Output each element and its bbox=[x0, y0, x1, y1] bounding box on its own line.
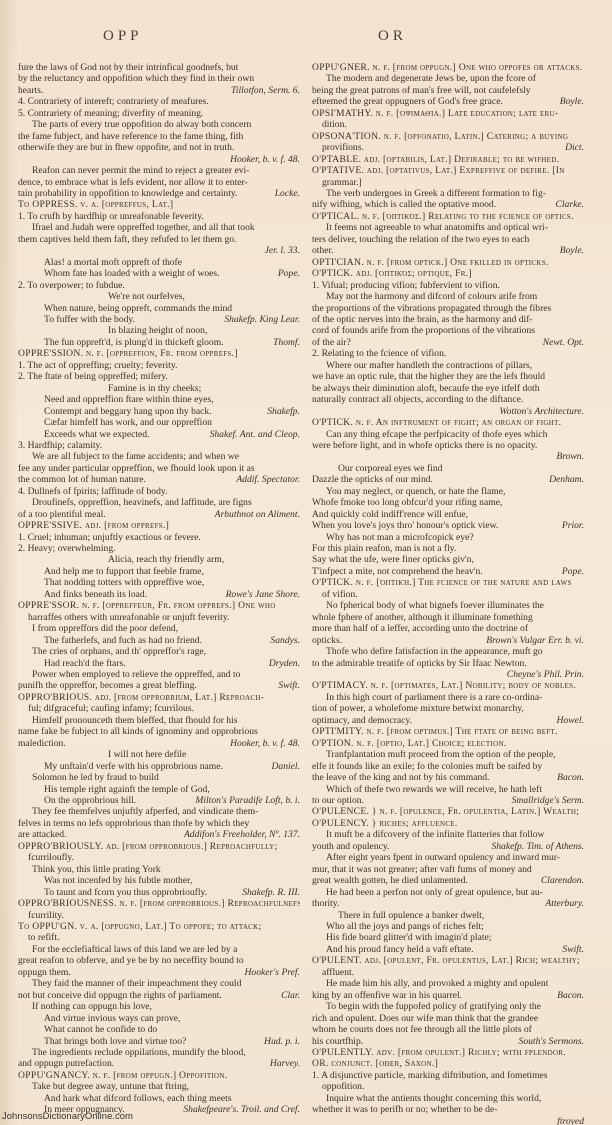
text-line: oppofition. bbox=[312, 1081, 584, 1092]
text-line: the leave of the king and not by his com… bbox=[312, 772, 584, 783]
text-line: 1. A disjunctive particle, marking diftr… bbox=[312, 1070, 584, 1081]
headword-line: OPPRO'BRIOUSNESS. n. f. [from opprobriou… bbox=[18, 898, 300, 909]
line-text: He made him his ally, and provoked a mig… bbox=[326, 978, 548, 989]
headword-line: O'PULENCY. } riches; affluence. bbox=[312, 818, 584, 829]
line-text: the proportions of the vibrations propag… bbox=[312, 303, 551, 314]
text-line: You may neglect, or quench, or hate the … bbox=[312, 486, 584, 497]
citation: Shakefpeare's. Troil. and Cref. bbox=[183, 1104, 300, 1115]
citation: Pope. bbox=[278, 268, 300, 279]
line-text: of the air? bbox=[312, 337, 351, 348]
headword-line: O'PULENCE. } n. f. [opulence, Fr. opulen… bbox=[312, 806, 584, 817]
line-text: OPPRO'BRIOUSNESS. n. f. [from opprobriou… bbox=[18, 898, 300, 909]
text-line: Cæfar himfelf has work, and our oppreffi… bbox=[18, 417, 300, 428]
line-text: whom he courts does not fee through all … bbox=[312, 1024, 532, 1035]
line-text: Say what the ufe, were finer opticks giv… bbox=[312, 554, 474, 565]
text-line: punifh the oppreffor, becomes a great bl… bbox=[18, 680, 300, 691]
line-text: being the great patrons of man's free wi… bbox=[312, 85, 531, 96]
text-line: 1. Cruel; inhuman; unjuftly exactious or… bbox=[18, 532, 300, 543]
line-text: whether it was to perifh or no; whether … bbox=[312, 1104, 497, 1115]
text-line: hearts.Tillotfon, Serm. 6. bbox=[18, 85, 300, 96]
line-text: of vifion. bbox=[322, 589, 358, 600]
text-line: He made him his ally, and provoked a mig… bbox=[312, 978, 584, 989]
text-line: king by an offenfive war in his quarrel.… bbox=[312, 990, 584, 1001]
text-line: 1. Vifual; producing vifion; fubfervient… bbox=[312, 280, 584, 291]
line-text: provifions. bbox=[322, 142, 364, 153]
citation: Addifon's Freeholder, Nº. 137. bbox=[184, 829, 300, 840]
text-line: Contempt and beggary hang upon thy back.… bbox=[18, 406, 300, 417]
line-text: 2. Relating to the fcience of vifion. bbox=[312, 348, 446, 359]
headword-line: OR. conjunct. [oðer, Saxon.] bbox=[312, 1058, 584, 1069]
line-text: ful; difgraceful; caufing infamy; fcurri… bbox=[28, 703, 194, 714]
line-text: Inquire what the antients thought concer… bbox=[326, 1093, 541, 1104]
headword-line: OPPU'GNANCY. n. f. [from oppugn.] Oppofi… bbox=[18, 1070, 300, 1081]
text-line: the fame fubject, and have reference to … bbox=[18, 131, 300, 142]
text-line: to our option.Smallridge's Serm. bbox=[312, 795, 584, 806]
line-text: In this high court of parliament there i… bbox=[326, 692, 542, 703]
text-line: Himfelf pronounceth them bleffed, that f… bbox=[18, 715, 300, 726]
line-text: tion of power, a wholefome mixture betwi… bbox=[312, 703, 524, 714]
line-text: OPPRO'BRIOUSLY. ad. [from opprobrious.] … bbox=[18, 841, 278, 852]
line-text: To fuffer with the body. bbox=[44, 314, 135, 325]
headword-line: OPTI'MITY. n. f. [from optimus.] The fta… bbox=[312, 726, 584, 737]
line-text: My unftain'd verfe with his opprobrious … bbox=[44, 761, 223, 772]
text-line: nify wifhing, which is called the optati… bbox=[312, 199, 584, 210]
citation: Clarke. bbox=[555, 199, 584, 210]
text-line: of the optic nerves into the brain, as t… bbox=[312, 314, 584, 325]
text-line: The verb undergoes in Greek a different … bbox=[312, 188, 584, 199]
citation: Locke. bbox=[275, 188, 300, 199]
headword-line: O'PTICK. adj. [ὀπτικός; optique, Fr.] bbox=[312, 268, 584, 279]
text-line: Solomon he led by fraud to build bbox=[18, 772, 300, 783]
text-line: fure the laws of God not by their intrin… bbox=[18, 62, 300, 73]
line-text: oppofition. bbox=[322, 1081, 364, 1092]
line-text: of the optic nerves into the brain, as t… bbox=[312, 314, 533, 325]
line-text: fure the laws of God not by their intrin… bbox=[18, 62, 238, 73]
text-line: fcurriloufly. bbox=[18, 852, 300, 863]
line-text: And help me to fupport that feeble frame… bbox=[44, 566, 204, 577]
running-head-left: OPP bbox=[103, 28, 143, 45]
line-text: And finks beneath its load. bbox=[44, 589, 147, 600]
text-line: When you love's joys thro' honour's opti… bbox=[312, 520, 584, 531]
line-text: 2. Heavy; overwhelming. bbox=[18, 543, 116, 554]
line-text: Which of thefe two rewards we will recei… bbox=[326, 784, 542, 795]
text-line: 2. To overpower; to fubdue. bbox=[18, 280, 300, 291]
text-line: Alas! a mortal moft oppreft of thofe bbox=[18, 257, 300, 268]
text-line: Famine is in thy cheeks; bbox=[18, 383, 300, 394]
line-text: thority. bbox=[312, 898, 339, 909]
line-text: 1. To crufh by hardfhip or unreafonable … bbox=[18, 211, 204, 222]
text-line: Which of thefe two rewards we will recei… bbox=[312, 784, 584, 795]
line-text: O'PTICK. n. f. [ὀπτική.] The fcience of … bbox=[312, 577, 572, 588]
text-line: And quickly cold indiff'rence will enfue… bbox=[312, 509, 584, 520]
citation: Bacon. bbox=[557, 990, 584, 1001]
line-text: OR. conjunct. [oðer, Saxon.] bbox=[312, 1058, 438, 1069]
line-text: to the admirable treatife of opticks by … bbox=[312, 658, 527, 669]
line-text: In blazing height of noon, bbox=[108, 325, 207, 336]
text-line: 3. Hardfhip; calamity. bbox=[18, 440, 300, 451]
headword-line: OPPRO'BRIOUSLY. ad. [from opprobrious.] … bbox=[18, 841, 300, 852]
text-line: the common lot of human nature.Addif. Sp… bbox=[18, 474, 300, 485]
line-text: O'PTICK. n. f. An inftrument of fight; a… bbox=[312, 417, 561, 428]
line-text: mur, that it was not greater; after vaft… bbox=[312, 864, 532, 875]
line-text: the common lot of human nature. bbox=[18, 474, 146, 485]
line-text: not but conceive did oppugn the rights o… bbox=[18, 990, 222, 1001]
line-text: be always their diminution aloft, becauf… bbox=[312, 383, 540, 394]
text-line: being the great patrons of man's free wi… bbox=[312, 85, 584, 96]
text-line: oppugn them.Hooker's Pref. bbox=[18, 967, 300, 978]
line-text: O'PTABLE. adj. [optabilis, Lat.] Defirab… bbox=[312, 154, 559, 165]
line-text: O'PULENTLY. adv. [from opulent.] Richly;… bbox=[312, 1047, 566, 1058]
text-line: 1. To crufh by hardfhip or unreafonable … bbox=[18, 211, 300, 222]
line-text: rich and opulent. Does our wife man thin… bbox=[312, 1013, 538, 1024]
line-text: 3. Hardfhip; calamity. bbox=[18, 440, 102, 451]
running-head: OPP OR bbox=[0, 28, 612, 48]
citation: Daniel. bbox=[271, 761, 300, 772]
text-line: Inquire what the antients thought concer… bbox=[312, 1093, 584, 1104]
text-line: to the admirable treatife of opticks by … bbox=[312, 658, 584, 669]
line-text: Tranfplantation muft proceed from the op… bbox=[326, 749, 556, 760]
line-text: That brings both love and virtue too? bbox=[44, 1036, 186, 1047]
text-line: When nature, being oppreft, commands the… bbox=[18, 303, 300, 314]
citation: Hooker, b. v. f. 48. bbox=[230, 738, 300, 749]
line-text: 1. Cruel; inhuman; unjuftly exactious or… bbox=[18, 532, 201, 543]
text-line: We are all fubject to the fame accidents… bbox=[18, 451, 300, 462]
line-text: Whom fate has loaded with a weight of wo… bbox=[44, 268, 220, 279]
line-text: OPPU'GNER. n. f. [from oppugn.] One who … bbox=[312, 62, 582, 73]
line-text: and oppugn putrefaction. bbox=[18, 1058, 114, 1069]
line-text: elfe it founds like an exile; fo the col… bbox=[312, 761, 542, 772]
line-text: felves in terms no lefs opprobrious than… bbox=[18, 818, 249, 829]
citation: Clarendon. bbox=[541, 875, 584, 886]
text-line: 1. The act of oppreffing; cruelty; fever… bbox=[18, 360, 300, 371]
line-text: Reafon can never permit the mind to reje… bbox=[32, 165, 249, 176]
line-text: OPSI'MATHY. n. f. [ὀψιμαθία.] Late educa… bbox=[312, 108, 558, 119]
line-text: OPPRE'SSION. n. f. [oppreffion, Fr. from… bbox=[18, 348, 238, 359]
text-line: efteemed the great oppugners of God's fr… bbox=[312, 96, 584, 107]
text-line: May not the harmony and difcord of colou… bbox=[312, 291, 584, 302]
text-line: Had reach'd the ftars.Dryden. bbox=[18, 658, 300, 669]
line-text: OPSONA'TION. n. f. [opfonatio, Latin.] C… bbox=[312, 131, 568, 142]
line-text: To OPPRESS. v. a. [oppreffus, Lat.] bbox=[18, 199, 173, 210]
text-line: Alicia, reach thy friendly arm, bbox=[18, 554, 300, 565]
text-line: What cannot he confide to do bbox=[18, 1024, 300, 1035]
line-text: The fun oppreft'd, is plung'd in thickef… bbox=[44, 337, 224, 348]
text-line: to refift. bbox=[18, 932, 300, 943]
text-line: 2. Relating to the fcience of vifion. bbox=[312, 348, 584, 359]
line-text: I from oppreffors did the poor defend, bbox=[32, 623, 178, 634]
citation: Prior. bbox=[562, 520, 584, 531]
citation: Brown's Vulgar Err. b. vi. bbox=[486, 635, 584, 646]
text-line: T'infpect a mite, not comprehend the hea… bbox=[312, 566, 584, 577]
citation: Milton's Paradife Loft, b. i. bbox=[195, 795, 300, 806]
text-line: cord of founds arife from the proportion… bbox=[312, 325, 584, 336]
text-line: The fatherlefs, and fuch as had no frien… bbox=[18, 635, 300, 646]
text-line: The modern and degenerate Jews be, upon … bbox=[312, 73, 584, 84]
line-text: Think you, this little prating York bbox=[32, 864, 161, 875]
text-line: In blazing height of noon, bbox=[18, 325, 300, 336]
text-line: name fake be fubject to all kinds of ign… bbox=[18, 726, 300, 737]
headword-line: O'PTABLE. adj. [optabilis, Lat.] Defirab… bbox=[312, 154, 584, 165]
text-line: whether it was to perifh or no; whether … bbox=[312, 1104, 584, 1115]
text-line: To begin with the fuppofed policy of gra… bbox=[312, 1001, 584, 1012]
text-line: malediction.Hooker, b. v. f. 48. bbox=[18, 738, 300, 749]
text-line: Need and oppreffion ftare within thine e… bbox=[18, 394, 300, 405]
line-text: Who all the joys and pangs of riches fel… bbox=[326, 921, 484, 932]
citation: Shakefp. bbox=[267, 406, 300, 417]
text-line: It muft be a difcovery of the infinite f… bbox=[312, 829, 584, 840]
line-text: OPPRO'BRIOUS. adj. [from opprobrium, Lat… bbox=[18, 692, 264, 703]
line-text: by the reluctancy and oppofition which t… bbox=[18, 73, 254, 84]
line-text: Alicia, reach thy friendly arm, bbox=[108, 554, 224, 565]
line-text: we have an optic rule, that the higher t… bbox=[312, 371, 545, 382]
line-text: Why has not man a microfcopick eye? bbox=[326, 532, 474, 543]
citation: Shakef. Ant. and Cleop. bbox=[210, 429, 300, 440]
text-line: more than half of a leffer, according un… bbox=[312, 623, 584, 634]
line-text: 1. Vifual; producing vifion; fubfervient… bbox=[312, 280, 500, 291]
line-text: Famine is in thy cheeks; bbox=[108, 383, 201, 394]
line-text: To OPPU'GN. v. a. [oppugno, Lat.] To opp… bbox=[18, 921, 261, 932]
text-line: 4. Contrariety of intereft; contrariety … bbox=[18, 96, 300, 107]
line-text: Exceeds what we expected. bbox=[44, 429, 149, 440]
line-text: 2. To overpower; to fubdue. bbox=[18, 280, 125, 291]
line-text: What cannot he confide to do bbox=[44, 1024, 157, 1035]
line-text: OPTI'MITY. n. f. [from optimus.] The fta… bbox=[312, 726, 558, 737]
line-text: fcurrility. bbox=[28, 910, 64, 921]
headword-line: OPPRO'BRIOUS. adj. [from opprobrium, Lat… bbox=[18, 692, 300, 703]
text-line: And finks beneath its load.Rowe's Jane S… bbox=[18, 589, 300, 600]
line-text: efteemed the great oppugners of God's fr… bbox=[312, 96, 503, 107]
line-text: Whofe fmoke too long obfcur'd your rifin… bbox=[312, 497, 502, 508]
line-text: opticks. bbox=[312, 635, 342, 646]
line-text: The cries of orphans, and th' oppreffor'… bbox=[32, 646, 206, 657]
citation: Swift. bbox=[562, 944, 584, 955]
line-text: them captives held them faft, they refuf… bbox=[18, 234, 236, 245]
text-line: of vifion. bbox=[312, 589, 584, 600]
text-line: thority.Atterbury. bbox=[312, 898, 584, 909]
text-line: we have an optic rule, that the higher t… bbox=[312, 371, 584, 382]
text-line: He had been a perfon not only of great o… bbox=[312, 887, 584, 898]
line-text: Take but degree away, untune that ftring… bbox=[32, 1081, 189, 1092]
text-line: For the ecclefiaftical laws of this land… bbox=[18, 944, 300, 955]
line-text: OPPRE'SSIVE. adj. [from opprefs.] bbox=[18, 520, 169, 531]
citation: South's Sermons. bbox=[519, 1036, 584, 1047]
line-text: We're not ourfelves, bbox=[108, 291, 185, 302]
headword-line: O'PULENT. adj. [opulent, Fr. opulentus, … bbox=[312, 955, 584, 966]
text-line: The parts of every true oppofition do al… bbox=[18, 119, 300, 130]
text-line: optimacy, and democracy.Howel. bbox=[312, 715, 584, 726]
text-line: Our corporeal eyes we find bbox=[312, 463, 584, 474]
line-text: I will not here defile bbox=[108, 749, 186, 760]
line-text: great reafon to obferve, and ye be by no… bbox=[18, 955, 244, 966]
text-line: Can any thing efcape the perfpicacity of… bbox=[312, 429, 584, 440]
line-text: Himfelf pronounceth them bleffed, that f… bbox=[32, 715, 238, 726]
text-line: Who all the joys and pangs of riches fel… bbox=[312, 921, 584, 932]
text-line: fcurrility. bbox=[18, 910, 300, 921]
text-line: be always their diminution aloft, becauf… bbox=[312, 383, 584, 394]
text-line: On the opprobrious hill.Milton's Paradif… bbox=[18, 795, 300, 806]
text-line: If nothing can oppugn his love, bbox=[18, 1001, 300, 1012]
line-text: To taunt and fcorn you thus opprobrioufl… bbox=[44, 887, 207, 898]
line-text: harraffes others with unreafonable or un… bbox=[28, 612, 229, 623]
text-line: I will not here defile bbox=[18, 749, 300, 760]
text-line: youth and opulency.Shakefp. Tim. of Athe… bbox=[312, 841, 584, 852]
text-line: To fuffer with the body.Shakefp. King Le… bbox=[18, 314, 300, 325]
text-line: grammar.] bbox=[312, 177, 584, 188]
text-line: otherwife they are but in fhew oppofite,… bbox=[18, 142, 300, 153]
line-text: Ifrael and Judah were oppreffed together… bbox=[32, 222, 255, 233]
text-line: 5. Contrariety of meaning; diverfity of … bbox=[18, 108, 300, 119]
line-text: 4. Contrariety of intereft; contrariety … bbox=[18, 96, 209, 107]
text-line: ters deliver, touching the relation of t… bbox=[312, 234, 584, 245]
headword-line: O'PULENTLY. adv. [from opulent.] Richly;… bbox=[312, 1047, 584, 1058]
citation-line: ftroyed bbox=[312, 1116, 584, 1125]
text-line: other.Boyle. bbox=[312, 245, 584, 256]
line-text: Thofe who defire fatisfaction in the app… bbox=[326, 646, 543, 657]
text-line: 2. Heavy; overwhelming. bbox=[18, 543, 300, 554]
text-line: elfe it founds like an exile; fo the col… bbox=[312, 761, 584, 772]
line-text: dence, to embrace what is lefs evident, … bbox=[18, 177, 248, 188]
headword-line: O'PTICAL. n. f. [ὀπτικός.] Relating to t… bbox=[312, 211, 584, 222]
text-line: great wealth gotten, he died unlamented.… bbox=[312, 875, 584, 886]
citation: Sandys. bbox=[270, 635, 300, 646]
line-text: dition. bbox=[322, 119, 347, 130]
line-text: O'PULENT. adj. [opulent, Fr. opulentus, … bbox=[312, 955, 580, 966]
line-text: 5. Contrariety of meaning; diverfity of … bbox=[18, 108, 203, 119]
citation: Shakefp. R. III. bbox=[242, 887, 300, 898]
line-text: Solomon he led by fraud to build bbox=[32, 772, 159, 783]
text-line: dition. bbox=[312, 119, 584, 130]
text-line: Reafon can never permit the mind to reje… bbox=[18, 165, 300, 176]
line-text: His fide board glitter'd with imagin'd p… bbox=[326, 932, 491, 943]
line-text: And virtue invious ways can prove, bbox=[44, 1013, 180, 1024]
text-line: Ifrael and Judah were oppreffed together… bbox=[18, 222, 300, 233]
line-text: The ingredients reclude oppilations, mun… bbox=[32, 1047, 246, 1058]
line-text: fcurriloufly. bbox=[28, 852, 74, 863]
citation: Addif. Spectator. bbox=[236, 474, 300, 485]
headword-line: OPSI'MATHY. n. f. [ὀψιμαθία.] Late educa… bbox=[312, 108, 584, 119]
text-line: are attacked.Addifon's Freeholder, Nº. 1… bbox=[18, 829, 300, 840]
line-text: grammar.] bbox=[322, 177, 362, 188]
text-line: His temple right againft the temple of G… bbox=[18, 784, 300, 795]
text-line: There in full opulence a banker dwelt, bbox=[312, 910, 584, 921]
headword-line: O'PTIMACY. n. f. [optimates, Lat.] Nobil… bbox=[312, 680, 584, 691]
line-text: That nodding totters with oppreffive woe… bbox=[44, 577, 204, 588]
text-line: No fpherical body of what bignefs foever… bbox=[312, 600, 584, 611]
line-text: Where our mafter handleth the contractio… bbox=[326, 360, 532, 371]
citation-line: Brown. bbox=[312, 451, 584, 462]
headword-line: OPPRE'SSIVE. adj. [from opprefs.] bbox=[18, 520, 300, 531]
line-text: It feems not agreeable to what anatomift… bbox=[326, 222, 548, 233]
text-line: the proportions of the vibrations propag… bbox=[312, 303, 584, 314]
headword-line: To OPPU'GN. v. a. [oppugno, Lat.] To opp… bbox=[18, 921, 300, 932]
citation: Harvey. bbox=[270, 1058, 300, 1069]
headword-line: OPSONA'TION. n. f. [opfonatio, Latin.] C… bbox=[312, 131, 584, 142]
headword-line: OPPU'GNER. n. f. [from oppugn.] One who … bbox=[312, 62, 584, 73]
line-text: OPTI'CIAN. n. f. [from optick.] One fkil… bbox=[312, 257, 549, 268]
line-text: 4. Dullnefs of fpirits; laffitude of bod… bbox=[18, 486, 167, 497]
line-text: great wealth gotten, he died unlamented. bbox=[312, 875, 468, 886]
line-text: 1. The act of oppreffing; cruelty; fever… bbox=[18, 360, 177, 371]
line-text: cord of founds arife from the proportion… bbox=[312, 325, 535, 336]
line-text: O'PTIMACY. n. f. [optimates, Lat.] Nobil… bbox=[312, 680, 576, 691]
citation: Shakefp. Tim. of Athens. bbox=[491, 841, 584, 852]
line-text: more than half of a leffer, according un… bbox=[312, 623, 528, 634]
text-line: The cries of orphans, and th' oppreffor'… bbox=[18, 646, 300, 657]
text-line: Whom fate has loaded with a weight of wo… bbox=[18, 268, 300, 279]
citation: Denham. bbox=[549, 474, 584, 485]
line-text: We are all fubject to the fame accidents… bbox=[32, 451, 239, 462]
text-line: In this high court of parliament there i… bbox=[312, 692, 584, 703]
text-line: Power when employed to relieve the oppre… bbox=[18, 669, 300, 680]
line-text: punifh the oppreffor, becomes a great bl… bbox=[18, 680, 197, 691]
citation: Boyle. bbox=[560, 96, 584, 107]
line-text: For this plain reafon, man is not a fly. bbox=[312, 543, 456, 554]
citation: Boyle. bbox=[560, 245, 584, 256]
line-text: It muft be a difcovery of the infinite f… bbox=[326, 829, 544, 840]
line-text: tain probability in oppofition to knowle… bbox=[18, 188, 237, 199]
line-text: When nature, being oppreft, commands the… bbox=[44, 303, 232, 314]
headword-line: To OPPRESS. v. a. [oppreffus, Lat.] bbox=[18, 199, 300, 210]
line-text: fee any under particular oppreffion, we … bbox=[18, 463, 255, 474]
text-line: opticks.Brown's Vulgar Err. b. vi. bbox=[312, 635, 584, 646]
line-text: His temple right againft the temple of G… bbox=[44, 784, 210, 795]
citation: Pope. bbox=[562, 566, 584, 577]
line-text: oppugn them. bbox=[18, 967, 71, 978]
text-line: The fun oppreft'd, is plung'd in thickef… bbox=[18, 337, 300, 348]
line-text: And hark what difcord follows, each thin… bbox=[44, 1093, 232, 1104]
text-line: of the air?Newt. Opt. bbox=[312, 337, 584, 348]
line-text: ters deliver, touching the relation of t… bbox=[312, 234, 529, 245]
line-text: Contempt and beggary hang upon thy back. bbox=[44, 406, 212, 417]
citation: Newt. Opt. bbox=[543, 337, 584, 348]
line-text: O'PTICK. adj. [ὀπτικός; optique, Fr.] bbox=[312, 268, 472, 279]
line-text: Was not incenfed by his fubtle mother, bbox=[44, 875, 192, 886]
line-text: He had been a perfon not only of great o… bbox=[326, 887, 543, 898]
text-line: naturally contract all objects, accordin… bbox=[312, 394, 584, 405]
line-text: of a too plentiful meal. bbox=[18, 509, 106, 520]
line-text: If nothing can oppugn his love, bbox=[32, 1001, 152, 1012]
text-line: And virtue invious ways can prove, bbox=[18, 1013, 300, 1024]
line-text: The fatherlefs, and fuch as had no frien… bbox=[44, 635, 202, 646]
line-text: Droufinefs, oppreffion, heavinefs, and l… bbox=[32, 497, 252, 508]
dictionary-page: OPP OR fure the laws of God not by their… bbox=[0, 0, 612, 1125]
line-text: Power when employed to relieve the oppre… bbox=[32, 669, 240, 680]
line-text: 2. The ftate of being oppreffed; mifery. bbox=[18, 371, 168, 382]
line-text: hearts. bbox=[18, 85, 43, 96]
text-line: Why has not man a microfcopick eye? bbox=[312, 532, 584, 543]
line-text: to our option. bbox=[312, 795, 364, 806]
line-text: There in full opulence a banker dwelt, bbox=[338, 910, 484, 921]
citation: Shakefp. King Lear. bbox=[224, 314, 300, 325]
watermark: JohnsonsDictionaryOnline.com bbox=[2, 1111, 133, 1122]
line-text: malediction. bbox=[18, 738, 66, 749]
text-line: The ingredients reclude oppilations, mun… bbox=[18, 1047, 300, 1058]
text-line: tain probability in oppofition to knowle… bbox=[18, 188, 300, 199]
citation: Hud. p. i. bbox=[264, 1036, 300, 1047]
text-line: whom he courts does not fee through all … bbox=[312, 1024, 584, 1035]
running-head-right: OR bbox=[378, 28, 407, 45]
line-text: his courtfhip. bbox=[312, 1036, 363, 1047]
text-line: felves in terms no lefs opprobrious than… bbox=[18, 818, 300, 829]
line-text: You may neglect, or quench, or hate the … bbox=[326, 486, 505, 497]
citation: Atterbury. bbox=[545, 898, 584, 909]
line-text: To begin with the fuppofed policy of gra… bbox=[326, 1001, 541, 1012]
text-line: And hark what difcord follows, each thin… bbox=[18, 1093, 300, 1104]
line-text: name fake be fubject to all kinds of ign… bbox=[18, 726, 258, 737]
text-line: great reafon to obferve, and ye be by no… bbox=[18, 955, 300, 966]
line-text: Cæfar himfelf has work, and our oppreffi… bbox=[44, 417, 212, 428]
line-text: For the ecclefiaftical laws of this land… bbox=[32, 944, 237, 955]
